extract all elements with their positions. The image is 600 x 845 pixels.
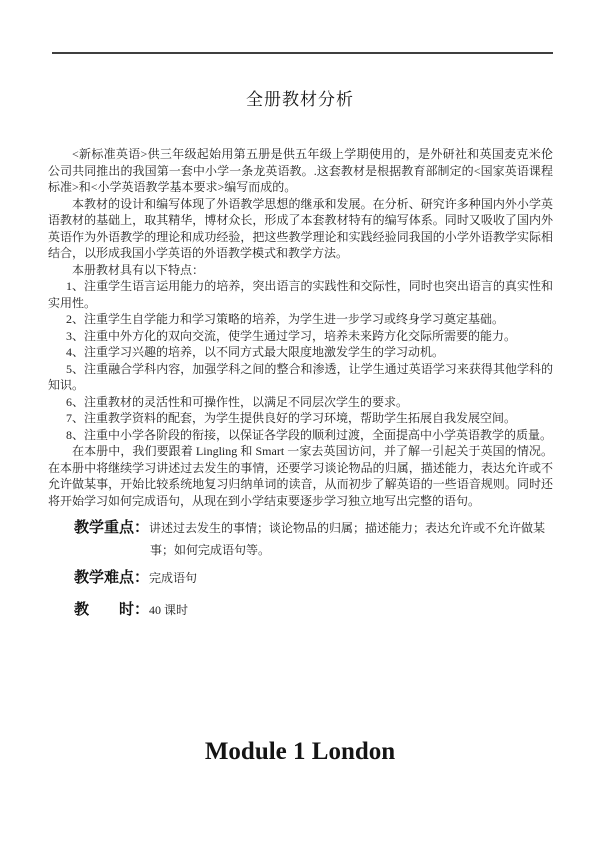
paragraph-summary: 在本册中，我们要跟着 Lingling 和 Smart 一家去英国访问，并了解一… xyxy=(48,443,553,509)
feature-item-4: 4、注重学习兴趣的培养，以不同方式最大限度地激发学生的学习动机。 xyxy=(48,344,553,361)
teaching-difficulties: 教学难点：完成语句 xyxy=(74,567,553,589)
teaching-key-points: 教学重点：讲述过去发生的事情；谈论物品的归属；描述能力；表达允许或不允许做某事；… xyxy=(74,517,553,561)
feature-item-5: 5、注重融合学科内容，加强学科之间的整合和渗透，让学生通过英语学习来获得其他学科… xyxy=(48,361,553,394)
feature-item-6: 6、注重教材的灵活性和可操作性，以满足不同层次学生的要求。 xyxy=(48,394,553,411)
header-divider-rule xyxy=(52,52,553,54)
periods-label: 教 时： xyxy=(74,602,149,618)
page-title: 全册教材分析 xyxy=(0,85,600,110)
paragraph-design: 本教材的设计和编写体现了外语教学思想的继承和发展。在分析、研究许多种国内外小学英… xyxy=(48,196,553,262)
feature-item-8: 8、注重中小学各阶段的衔接，以保证各学段的顺利过渡，全面提高中小学英语教学的质量… xyxy=(48,427,553,444)
module-title: Module 1 London xyxy=(0,738,600,766)
periods-text: 40 课时 xyxy=(149,603,188,617)
document-body: <新标准英语>供三年级起始用第五册是供五年级上学期使用的，是外研社和英国麦克米伦… xyxy=(48,146,553,621)
document-page: 全册教材分析 <新标准英语>供三年级起始用第五册是供五年级上学期使用的，是外研社… xyxy=(0,0,600,845)
paragraph-intro: <新标准英语>供三年级起始用第五册是供五年级上学期使用的，是外研社和英国麦克米伦… xyxy=(48,146,553,196)
feature-item-3: 3、注重中外方化的双向交流，使学生通过学习，培养未来跨方化交际所需要的能力。 xyxy=(48,328,553,345)
key-points-label: 教学重点： xyxy=(74,520,149,536)
teaching-periods: 教 时：40 课时 xyxy=(74,599,553,621)
key-points-text: 讲述过去发生的事情；谈论物品的归属；描述能力；表达允许或不允许做某事；如何完成语… xyxy=(149,521,545,557)
difficulties-label: 教学难点： xyxy=(74,570,149,586)
feature-item-7: 7、注重教学资料的配套，为学生提供良好的学习环境，帮助学生拓展自我发展空间。 xyxy=(48,410,553,427)
feature-item-1: 1、注重学生语言运用能力的培养，突出语言的实践性和交际性，同时也突出语言的真实性… xyxy=(48,278,553,311)
paragraph-features-intro: 本册教材具有以下特点： xyxy=(48,262,553,279)
difficulties-text: 完成语句 xyxy=(149,571,197,585)
feature-item-2: 2、注重学生自学能力和学习策略的培养，为学生进一步学习或终身学习奠定基础。 xyxy=(48,311,553,328)
